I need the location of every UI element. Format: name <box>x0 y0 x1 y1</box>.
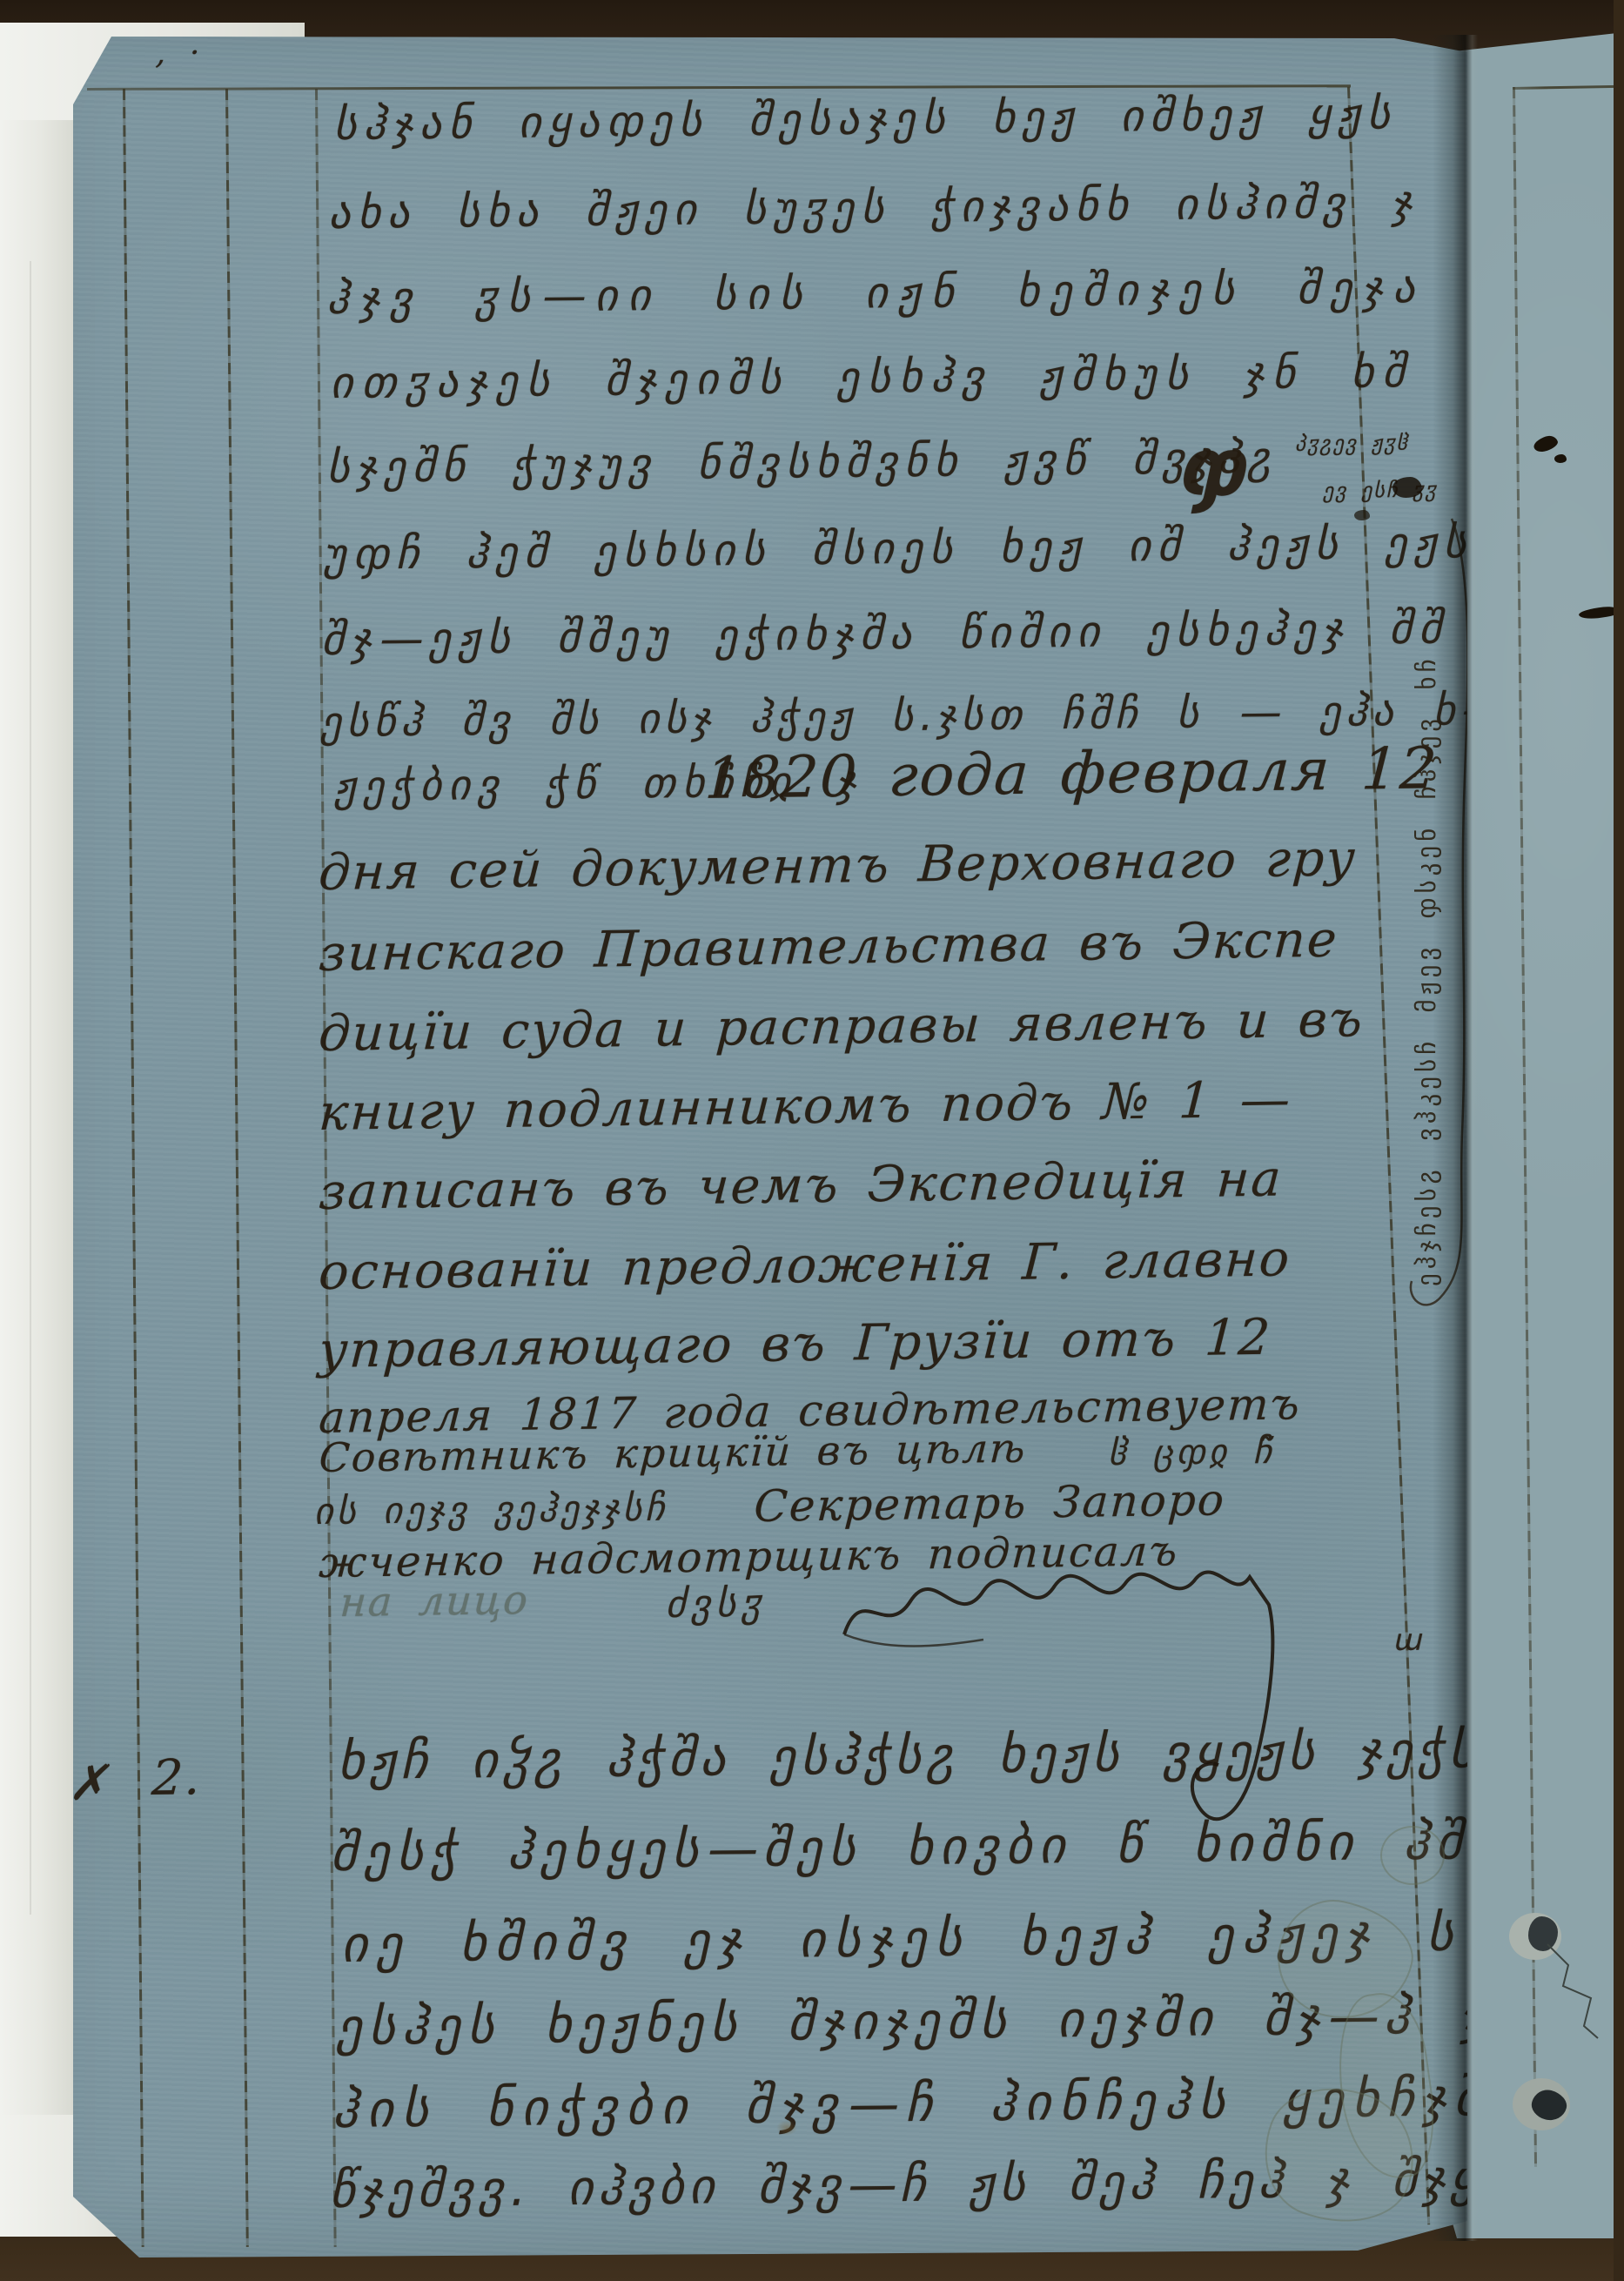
page-top-edge-highlight <box>374 29 1445 37</box>
margin-rule-1 <box>123 89 144 2247</box>
faded-note: на лицо <box>339 1580 530 1622</box>
handwritten-line: იე ხშიშვ ეჯ ისჯეს ხეჟჰ ეჰჟეჯ ს ყშს <box>339 1906 1624 1969</box>
signature-flourish <box>835 1556 1375 1878</box>
scan-right-edge <box>1614 0 1624 2281</box>
paper-crack <box>1542 1941 1624 2045</box>
next-page-margin-rule <box>1513 87 1537 2167</box>
handwritten-line: записанъ въ чемъ Экспедицїя на <box>318 1155 1284 1218</box>
handwritten-line: ჱ ცჶჲ ჩ̃ <box>1106 1434 1281 1471</box>
handwritten-line: სჯეშნ ჭუჯუვ ნშვსხშვნხ ჟვწ შვჯჰჷ <box>325 436 1285 489</box>
interlinear-note: პჳჷევ ჟჳჱ <box>1294 433 1413 454</box>
scan-background: , ·სჰჯან იყაჶეს შესაჯეს ხეჟ იშხეჟ ყჟსახა… <box>0 0 1624 2281</box>
backing-paper-left <box>0 23 73 2216</box>
handwritten-line: წჯეშვვ. იჰვბი შჯვ—ჩ ჟს შეჰ ჩეჰ ჯ შჯყვთეო <box>327 2153 1624 2216</box>
handwritten-line: управляющаго въ Грузїи отъ 12 <box>318 1313 1273 1376</box>
handwritten-line: ითჳაჯეს შჯეიშს ესხჰვ ჟშხუს ჯნ ხშ <box>328 350 1421 405</box>
date-line: 1820 года февраля 12 <box>703 740 1439 808</box>
interlinear-note: ევ ესჩ ჳჳ <box>1322 480 1441 501</box>
handwritten-line: ის იეჯვ ვეჰეჯჯსჩ <box>312 1490 674 1530</box>
handwritten-line: ჰჯვ ჳს—იი სის იჟნ ხეშიჯეს შეჯა <box>325 265 1433 320</box>
ink-blot <box>1392 477 1422 498</box>
handwritten-line: дицїи суда и расправы явленъ и въ <box>318 995 1366 1059</box>
handwritten-line: Совѣтникъ крицкїй въ цѣлѣ <box>318 1428 1028 1478</box>
handwritten-line: უჶჩ ჰეშ ესხსის შსიეს ხეჟ იშ ჰეჟს ეჟს <box>321 520 1480 576</box>
margin-rule-2 <box>225 89 248 2247</box>
check-mark: ✗ <box>66 1759 124 1808</box>
next-page-top-rule <box>1513 85 1619 90</box>
ink-blot <box>1554 454 1567 463</box>
handwritten-line: ძვსჳ <box>663 1585 772 1624</box>
handwritten-line: книгу подлинникомъ подъ № 1 — <box>318 1075 1293 1138</box>
manuscript-page: , ·სჰჯან იყაჶეს შესაჯეს ხეჟ იშხეჟ ყჟსახა… <box>0 0 1624 2281</box>
corner-mark: , · <box>155 37 202 70</box>
handwritten-line: ახა სხა შჟეი სუჳეს ჭიჯვანხ ისჰიშვ ჯ <box>326 180 1426 235</box>
ink-blot <box>1532 433 1560 454</box>
gutter-shadow <box>1433 35 1478 2241</box>
sheet-number: 2. <box>151 1754 204 1803</box>
handwritten-line: სჰჯან იყაჶეს შესაჯეს ხეჟ იშხეჟ ყჟს <box>332 91 1405 146</box>
margin-tick: ɯ <box>1392 1626 1434 1655</box>
handwritten-line: зинскаго Правительства въ Экспе <box>318 916 1339 979</box>
stain-spot <box>776 2120 797 2136</box>
handwritten-line: дня сей документъ Верховнаго гру <box>318 834 1358 898</box>
handwritten-line: შჯ—ეჟს შშეუ ეჭიხჯშა წიშიი ესხეჰეჯ შშ <box>319 606 1456 661</box>
handwritten-line: ესწჰ შვ შს ისჯ ჰჭეჟ ს.ჯსთ ჩშჩ ს — ეჰა ხ— <box>318 689 1514 743</box>
handwritten-line: основанїи предложенїя Г. главно <box>318 1234 1292 1298</box>
ink-blot <box>1354 510 1370 520</box>
backing-crease <box>30 261 31 1915</box>
handwritten-line: Секретарь Запоро <box>753 1478 1226 1528</box>
top-rule <box>87 84 1351 91</box>
